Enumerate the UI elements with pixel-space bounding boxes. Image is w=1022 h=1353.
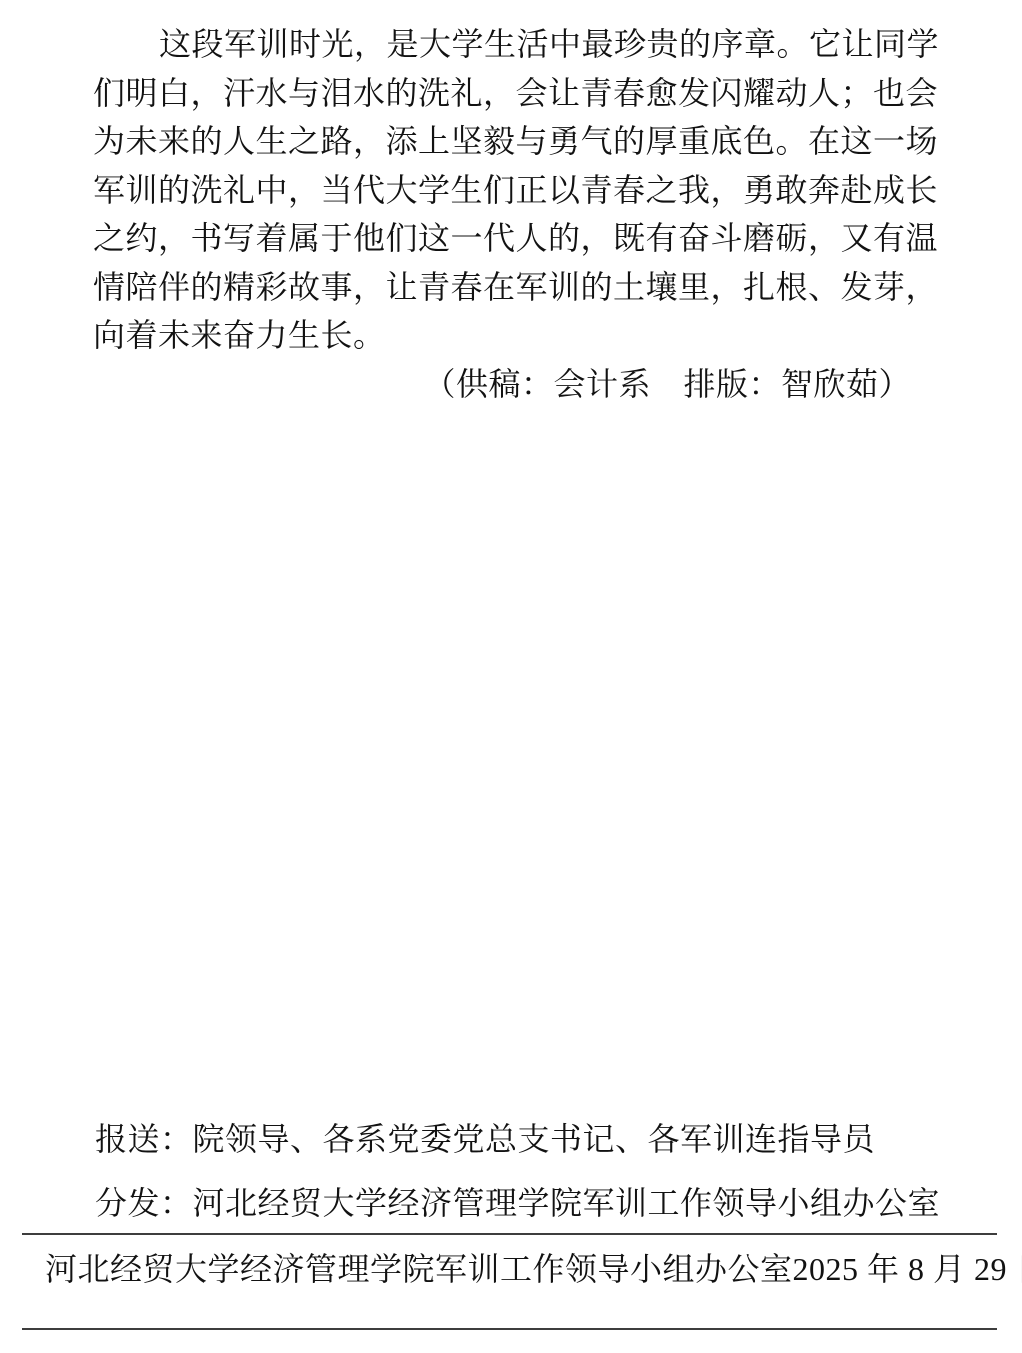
body-paragraph: 这段军训时光，是大学生活中最珍贵的序章。它让同学 们明白，汗水与泪水的洗礼，会让… [93,20,925,408]
imprint-issuer: 河北经贸大学经济管理学院军训工作领导小组办公室 [45,1247,793,1291]
imprint-top-rule [22,1233,997,1235]
paragraph-line-2: 们明白，汗水与泪水的洗礼，会让青春愈发闪耀动人；也会 [93,69,925,118]
paragraph-line-6: 情陪伴的精彩故事，让青春在军训的土壤里，扎根、发芽， [93,263,925,312]
baosong-line: 报送：院领导、各系党委党总支书记、各军训连指导员 [95,1107,935,1171]
imprint-line: 河北经贸大学经济管理学院军训工作领导小组办公室 2025 年 8 月 29 日印 [45,1247,985,1291]
paragraph-line-7: 向着未来奋力生长。 [93,311,925,360]
paragraph-line-3: 为未来的人生之路，添上坚毅与勇气的厚重底色。在这一场 [93,117,925,166]
document-page: 这段军训时光，是大学生活中最珍贵的序章。它让同学 们明白，汗水与泪水的洗礼，会让… [0,0,1022,1353]
paragraph-line-5: 之约，书写着属于他们这一代人的，既有奋斗磨砺，又有温 [93,214,925,263]
imprint-date: 2025 年 8 月 29 日印 [793,1247,1022,1291]
fenfa-value: 河北经贸大学经济管理学院军训工作领导小组办公室 [193,1185,941,1221]
fenfa-label: 分发： [95,1185,193,1221]
fenfa-line: 分发：河北经贸大学经济管理学院军训工作领导小组办公室 [95,1171,935,1235]
paragraph-line-1: 这段军训时光，是大学生活中最珍贵的序章。它让同学 [93,20,925,69]
baosong-value: 院领导、各系党委党总支书记、各军训连指导员 [193,1121,876,1157]
distribution-block: 报送：院领导、各系党委党总支书记、各军训连指导员 分发：河北经贸大学经济管理学院… [95,1107,935,1235]
attribution-line: （供稿：会计系 排版：智欣茹） [93,360,925,409]
paragraph-line-4: 军训的洗礼中，当代大学生们正以青春之我，勇敢奔赴成长 [93,166,925,215]
baosong-label: 报送： [95,1121,193,1157]
imprint-bottom-rule [22,1328,997,1330]
